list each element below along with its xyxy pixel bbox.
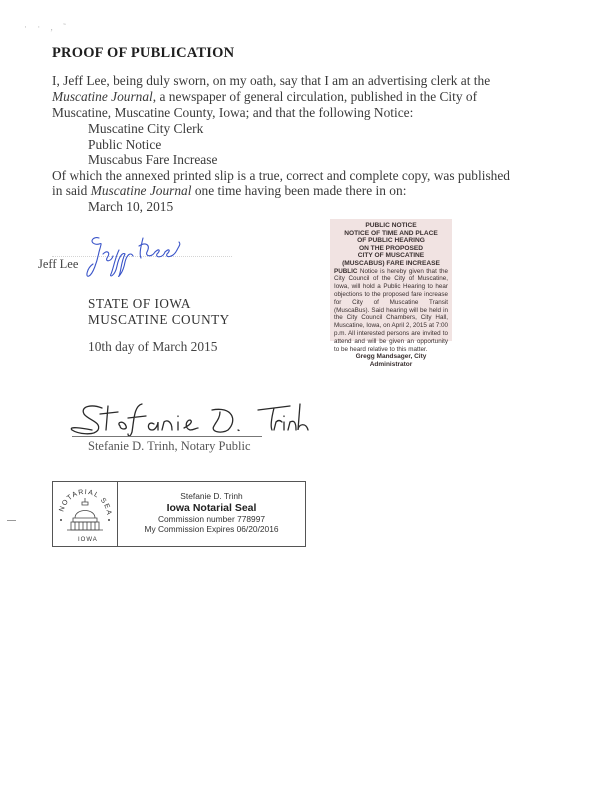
clipping-headline-line: ON THE PROPOSED xyxy=(334,245,448,253)
newspaper-name-2: Muscatine Journal xyxy=(91,183,192,198)
clipping-headline-line: CITY OF MUSCATINE xyxy=(334,252,448,260)
affidavit-line-2-rest: , a newspaper of general circulation, pu… xyxy=(153,89,477,104)
seal-commission-number: Commission number 778997 xyxy=(118,514,305,524)
affiant-printed-name: Jeff Lee xyxy=(38,257,78,272)
clipping-headline-line: OF PUBLIC HEARING xyxy=(334,237,448,245)
affidavit-line-5-pre: in said xyxy=(52,183,91,198)
notary-printed-name: Stefanie D. Trinh, Notary Public xyxy=(88,439,251,454)
affidavit-line-4: Of which the annexed printed slip is a t… xyxy=(52,168,510,184)
notary-signature-line xyxy=(72,436,262,437)
clipping-body: PUBLIC Notice is hereby given that the C… xyxy=(334,268,448,354)
venue-state: STATE OF IOWA xyxy=(88,296,191,312)
seal-title: Iowa Notarial Seal xyxy=(118,502,305,514)
notarial-seal-emblem: NOTARIAL SEAL IOWA xyxy=(55,484,115,544)
notice-item-3: Muscabus Fare Increase xyxy=(88,152,217,168)
svg-text:IOWA: IOWA xyxy=(78,537,98,543)
notarial-seal-stamp: NOTARIAL SEAL IOWA Stefanie D. Trinh Iow… xyxy=(52,481,306,547)
handwritten-signature-icon xyxy=(62,400,312,440)
clipping-headline-line: (MUSCABUS) FARE INCREASE xyxy=(334,260,448,268)
venue-date: 10th day of March 2015 xyxy=(88,339,217,355)
clipping-headline-line: NOTICE OF TIME AND PLACE xyxy=(334,230,448,238)
affidavit-line-5-rest: one time having been made there in on: xyxy=(191,183,406,198)
seal-notary-name: Stefanie D. Trinh xyxy=(118,491,305,502)
notice-item-1: Muscatine City Clerk xyxy=(88,121,203,137)
notice-item-2: Public Notice xyxy=(88,137,161,153)
affidavit-line-2: Muscatine Journal, a newspaper of genera… xyxy=(52,89,477,105)
newspaper-name: Muscatine Journal xyxy=(52,89,153,104)
affiant-signature xyxy=(85,232,195,287)
scan-margin-mark xyxy=(7,520,16,521)
seal-commission-expiry: My Commission Expires 06/20/2016 xyxy=(118,524,305,534)
scan-artifact-marks: · · , ˜ xyxy=(24,22,70,32)
svg-text:NOTARIAL SEAL: NOTARIAL SEAL xyxy=(55,484,112,516)
clipping-body-text: Notice is hereby given that the City Cou… xyxy=(334,268,448,353)
clipping-headline: PUBLIC NOTICE NOTICE OF TIME AND PLACE O… xyxy=(334,222,448,268)
capitol-dome-seal-icon: NOTARIAL SEAL IOWA xyxy=(55,484,115,544)
clipping-headline-line: PUBLIC NOTICE xyxy=(334,222,448,230)
seal-text-block: Stefanie D. Trinh Iowa Notarial Seal Com… xyxy=(118,491,305,534)
affidavit-line-1: I, Jeff Lee, being duly sworn, on my oat… xyxy=(52,73,490,89)
clipping-lead: PUBLIC xyxy=(334,268,357,275)
affidavit-line-5: in said Muscatine Journal one time havin… xyxy=(52,183,406,199)
clipping-signature: Gregg Mandsager, City Administrator xyxy=(334,353,448,369)
handwritten-signature-icon xyxy=(85,232,195,282)
affidavit-line-3: Muscatine, Muscatine County, Iowa; and t… xyxy=(52,105,413,121)
publication-date: March 10, 2015 xyxy=(88,199,173,215)
document-title: PROOF OF PUBLICATION xyxy=(52,45,234,62)
venue-county: MUSCATINE COUNTY xyxy=(88,312,230,328)
newspaper-clipping: PUBLIC NOTICE NOTICE OF TIME AND PLACE O… xyxy=(330,219,452,341)
